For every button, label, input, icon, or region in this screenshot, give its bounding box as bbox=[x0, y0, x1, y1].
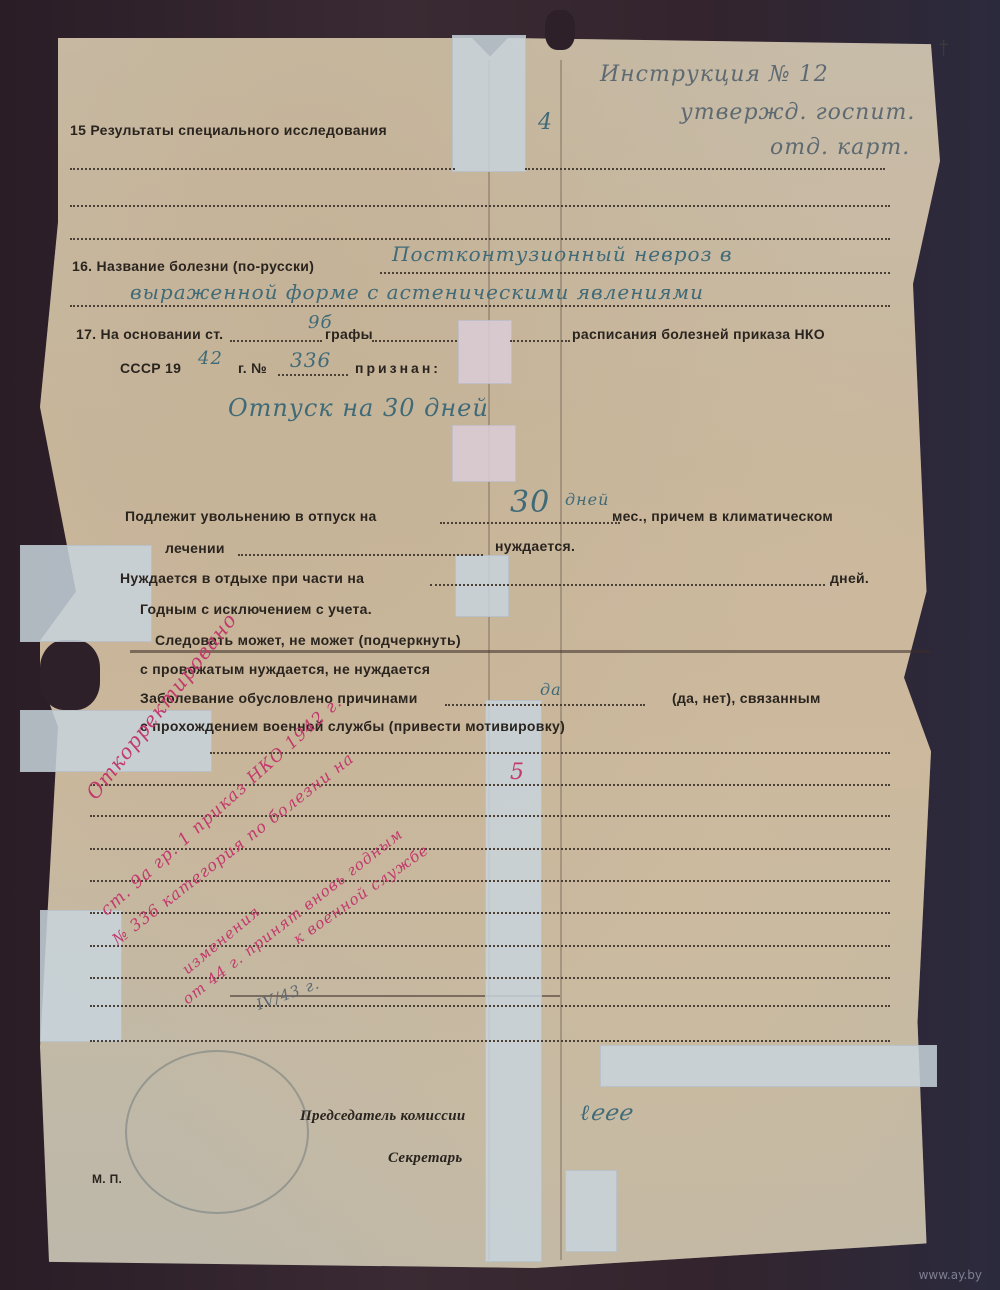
leave-unit-hand: дней bbox=[565, 490, 609, 509]
top-right-note-line1: Инструкция № 12 bbox=[600, 62, 829, 87]
year-value: 42 bbox=[198, 348, 223, 369]
form-line bbox=[90, 912, 890, 914]
form-line bbox=[440, 522, 620, 524]
fold-horizontal bbox=[130, 650, 930, 653]
form-line bbox=[278, 374, 348, 376]
form-line bbox=[90, 848, 890, 850]
form-line bbox=[230, 340, 322, 342]
diagnosis-line2: выраженной форме с астеническими явления… bbox=[130, 280, 704, 304]
tape-strip bbox=[600, 1045, 937, 1087]
order-number: 336 bbox=[290, 348, 331, 372]
diagnosis-line1: Постконтузионный невроз в bbox=[392, 242, 732, 266]
tape-strip bbox=[452, 35, 526, 172]
paper-hole bbox=[40, 640, 100, 710]
form-line bbox=[372, 340, 457, 342]
rest-label: Нуждается в отдыхе при части на bbox=[120, 570, 364, 586]
form-line bbox=[510, 340, 570, 342]
leave-rest-label: мес., причем в климатическом bbox=[612, 508, 833, 524]
form-line bbox=[210, 752, 890, 754]
form-line bbox=[380, 272, 890, 274]
rest-unit: дней. bbox=[830, 570, 869, 586]
top-right-note-line2: утвержд. госпит. bbox=[680, 100, 915, 125]
form-line bbox=[525, 168, 885, 170]
form-line bbox=[70, 305, 890, 307]
leave-value: 30 bbox=[510, 485, 550, 520]
paper-hole-2 bbox=[545, 10, 575, 50]
chairman-signature: ℓℯℯℯ bbox=[580, 1100, 632, 1126]
schedule-label: расписания болезней приказа НКО bbox=[572, 326, 825, 342]
form-line bbox=[90, 784, 890, 786]
item-17-label: 17. На основании ст. bbox=[76, 326, 223, 342]
cause-value: да bbox=[540, 680, 562, 699]
graph-label: графы bbox=[325, 326, 373, 342]
treatment-label: лечении bbox=[165, 540, 225, 556]
form-line bbox=[90, 1040, 890, 1042]
leave-label: Подлежит увольнению в отпуск на bbox=[125, 508, 377, 524]
item-16-label: 16. Название болезни (по-русски) bbox=[72, 258, 314, 274]
fit-label: Годным с исключением с учета. bbox=[140, 601, 372, 617]
form-line bbox=[445, 704, 645, 706]
tape-strip bbox=[455, 555, 509, 617]
form-line bbox=[70, 205, 890, 207]
decision-value: Отпуск на 30 дней bbox=[228, 394, 489, 422]
ussr-label: СССР 19 bbox=[120, 360, 181, 376]
cause-tail: (да, нет), связанным bbox=[672, 690, 821, 706]
tape-strip bbox=[565, 1170, 617, 1252]
tape-strip bbox=[452, 425, 516, 482]
form-line bbox=[238, 554, 483, 556]
item-15-mark: 4 bbox=[538, 110, 553, 135]
official-stamp bbox=[125, 1050, 309, 1214]
stamp-label: М. П. bbox=[92, 1172, 122, 1186]
tape-strip bbox=[458, 320, 512, 384]
tape-strip bbox=[20, 545, 152, 642]
top-right-note-line3: отд. карт. bbox=[770, 135, 910, 160]
tape-strip bbox=[40, 910, 122, 1042]
item-15-label: 15 Результаты специального исследования bbox=[70, 122, 387, 138]
g-no-label: г. № bbox=[238, 360, 267, 376]
form-line bbox=[90, 1005, 890, 1007]
fold-vertical-2 bbox=[560, 60, 562, 1260]
red-side-mark: 5 bbox=[510, 760, 525, 785]
form-line bbox=[70, 238, 890, 240]
form-line bbox=[90, 880, 890, 882]
service-label: с прохождением военной службы (привести … bbox=[140, 718, 565, 734]
watermark: www.ay.by bbox=[919, 1268, 982, 1282]
recognized-label: признан: bbox=[355, 360, 441, 376]
form-line bbox=[70, 168, 455, 170]
form-line bbox=[430, 584, 825, 586]
cross-icon: † bbox=[938, 38, 949, 61]
chairman-label: Председатель комиссии bbox=[300, 1108, 466, 1125]
secretary-label: Секретарь bbox=[388, 1150, 463, 1167]
treatment-tail: нуждается. bbox=[495, 538, 575, 554]
